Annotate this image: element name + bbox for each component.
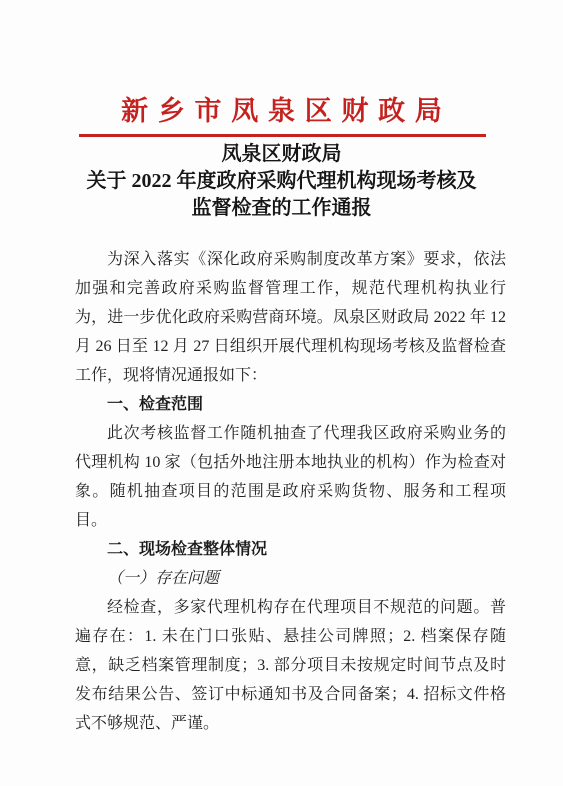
letterhead-divider (79, 134, 486, 137)
paragraph-problems: 经检查，多家代理机构存在代理项目不规范的问题。普遍存在：1. 未在门口张贴、悬挂… (75, 593, 506, 738)
document-title-subject-line2: 监督检查的工作通报 (40, 195, 523, 222)
section-heading-scope: 一、检查范围 (75, 390, 506, 419)
section-heading-overall-situation: 二、现场检查整体情况 (75, 535, 506, 564)
subsection-heading-problems: （一）存在问题 (75, 564, 506, 593)
paragraph-scope: 此次考核监督工作随机抽查了代理我区政府采购业务的代理机构 10 家（包括外地注册… (75, 419, 506, 535)
document-title: 凤泉区财政局 关于 2022 年度政府采购代理机构现场考核及 监督检查的工作通报 (40, 141, 523, 222)
letterhead-title: 新乡市凤泉区财政局 (121, 89, 451, 128)
letterhead: 新乡市凤泉区财政局 (0, 89, 563, 128)
document-body: 为深入落实《深化政府采购制度改革方案》要求，依法加强和完善政府采购监督管理工作，… (75, 245, 506, 738)
document-title-subject-line1: 关于 2022 年度政府采购代理机构现场考核及 (40, 168, 523, 195)
paragraph-intro: 为深入落实《深化政府采购制度改革方案》要求，依法加强和完善政府采购监督管理工作，… (75, 245, 506, 390)
document-page: 新乡市凤泉区财政局 凤泉区财政局 关于 2022 年度政府采购代理机构现场考核及… (0, 0, 563, 786)
document-title-org: 凤泉区财政局 (40, 141, 523, 168)
